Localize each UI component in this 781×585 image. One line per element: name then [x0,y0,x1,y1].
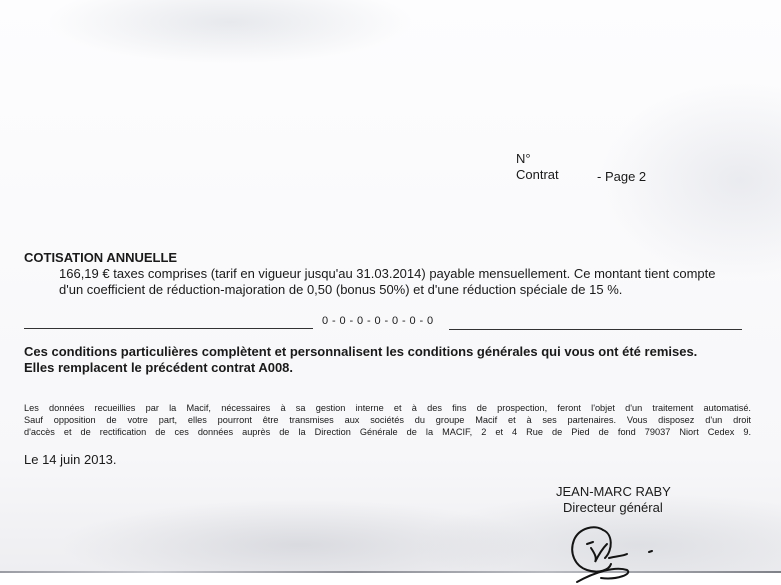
page-number: - Page 2 [597,169,646,184]
separator-line-left [24,328,313,329]
separator-ornament: 0 - 0 - 0 - 0 - 0 - 0 - 0 [322,315,433,327]
signatory-title: Directeur général [563,500,663,515]
contract-label: Contrat [516,167,559,182]
legal-notice-line: Sauf opposition de votre part, elles pou… [24,414,751,426]
contract-number-label: N° [516,151,531,166]
cotisation-text-line: d'un coefficient de réduction-majoration… [59,282,622,297]
legal-notice: Les données recueillies par la Macif, né… [24,402,751,438]
legal-notice-line: Les données recueillies par la Macif, né… [24,402,751,414]
contract-replacement-statement: Elles remplacent le précédent contrat A0… [24,360,293,375]
legal-notice-line: d'accès et de rectification de ces donné… [24,426,751,438]
conditions-statement: Ces conditions particulières complètent … [24,344,697,359]
signature-icon [565,520,695,585]
cotisation-text-line: 166,19 € taxes comprises (tarif en vigue… [59,266,715,281]
separator-line-right [449,329,742,330]
document-date: Le 14 juin 2013. [24,452,117,467]
signatory-name: JEAN-MARC RABY [556,484,671,499]
section-title-cotisation: COTISATION ANNUELLE [24,250,177,265]
